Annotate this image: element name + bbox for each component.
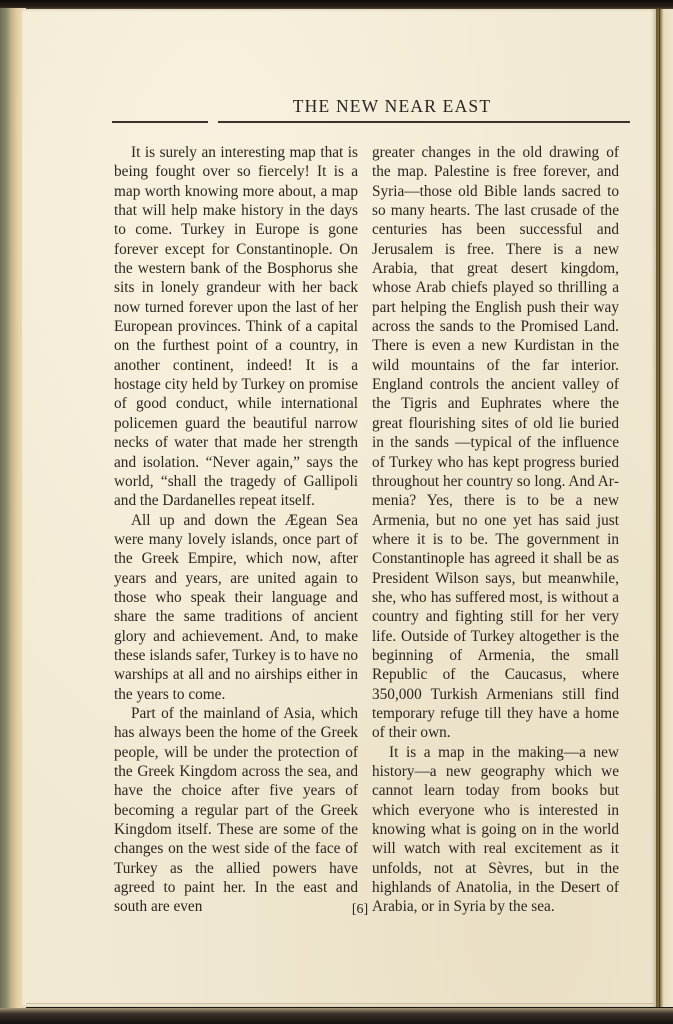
paragraph: All up and down the Ægean Sea were many … — [114, 511, 358, 704]
paragraph: Part of the mainland of Asia, which has … — [114, 704, 358, 917]
page-edge-line — [26, 1003, 656, 1004]
facing-page-edge — [656, 9, 673, 1007]
text-column-left: It is surely an interesting map that is … — [114, 143, 358, 917]
book-scan: THE NEW NEAR EAST It is surely an intere… — [0, 0, 673, 1024]
header-rule-right — [218, 121, 630, 123]
page-number: [6] — [340, 902, 380, 918]
paragraph: It is surely an interesting map that is … — [114, 143, 358, 511]
header-rule-left — [112, 121, 208, 123]
paragraph-continued: greater changes in the old drawing of th… — [372, 143, 619, 743]
paragraph: It is a map in the making—a new history—… — [372, 743, 619, 917]
text-column-right: greater changes in the old drawing of th… — [372, 143, 619, 917]
book-bottom-edge — [0, 1008, 673, 1024]
running-head: THE NEW NEAR EAST — [110, 96, 652, 117]
